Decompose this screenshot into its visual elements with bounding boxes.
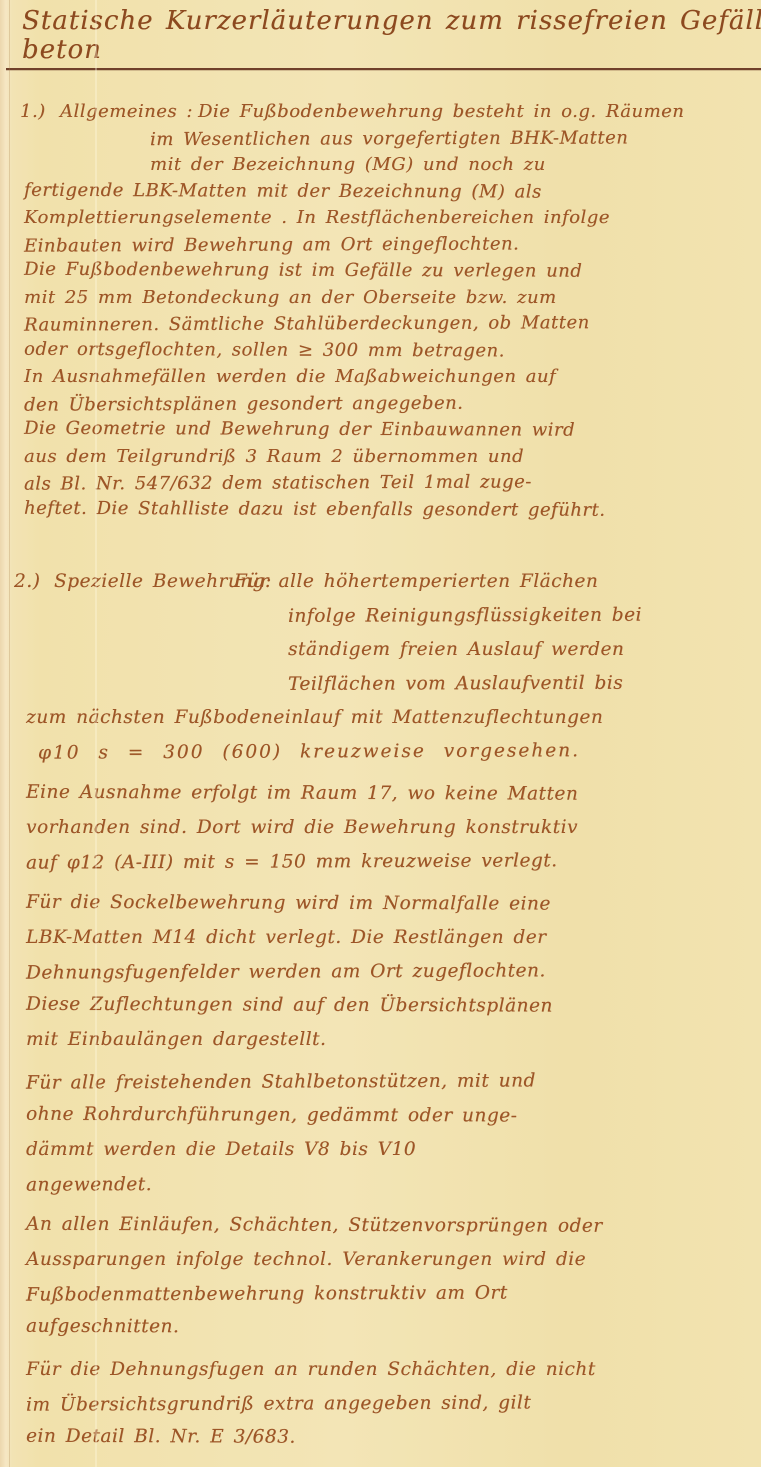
handwritten-line: im Wesentlichen aus vorgefertigten BHK-M…: [150, 124, 761, 153]
section-2-number: 2.): [14, 565, 54, 599]
handwritten-line: dämmt werden die Details V8 bis V10: [26, 1133, 761, 1167]
handwritten-line: LBK-Matten M14 dicht verlegt. Die Restlä…: [26, 921, 761, 955]
handwritten-line: Aussparungen infolge technol. Verankerun…: [26, 1243, 761, 1277]
handwritten-line: Für alle höhertemperierten Flächen: [234, 565, 761, 599]
document-title: Statische Kurzerläuterungen zum rissefre…: [0, 0, 761, 65]
handwritten-line: Die Fußbodenbewehrung ist im Gefälle zu …: [24, 257, 761, 286]
section-1-heading: Allgemeines :: [60, 99, 198, 126]
section-1-number: 1.): [20, 99, 60, 126]
handwritten-line: ständigem freien Auslauf werden: [288, 633, 761, 667]
handwritten-line: angewendet.: [26, 1165, 761, 1202]
handwritten-line: An allen Einläufen, Schächten, Stützenvo…: [26, 1208, 761, 1245]
handwritten-line: Für alle freistehenden Stahlbetonstützen…: [26, 1063, 761, 1100]
handwritten-line: Teilflächen vom Auslaufventil bis: [288, 666, 761, 702]
scanned-handwritten-page: Statische Kurzerläuterungen zum rissefre…: [0, 0, 761, 1467]
title-underline-rule: [6, 68, 761, 70]
handwritten-line: oder ortsgeflochten, sollen ≥ 300 mm bet…: [24, 336, 761, 365]
handwritten-line: Dehnungsfugenfelder werden am Ort zugefl…: [26, 953, 761, 990]
handwritten-line: Diese Zuflechtungen sind auf den Übersic…: [26, 988, 761, 1025]
handwritten-line: Fußbodenmattenbewehrung konstruktiv am O…: [26, 1275, 761, 1312]
handwritten-line: mit 25 mm Betondeckung an der Oberseite …: [24, 285, 761, 312]
handwritten-line-rebar-spec: φ10 s = 300 (600) kreuzweise vorgesehen.: [38, 733, 761, 770]
handwritten-line: Einbauten wird Bewehrung am Ort eingeflo…: [24, 230, 761, 260]
handwritten-line: den Übersichtsplänen gesondert angegeben…: [24, 389, 761, 419]
handwritten-line: Komplettierungselemente . In Restflächen…: [24, 205, 761, 232]
handwritten-line: Eine Ausnahme erfolgt im Raum 17, wo kei…: [26, 776, 761, 813]
handwritten-line: im Übersichtsgrundriß extra angegeben si…: [26, 1385, 761, 1422]
handwritten-line: infolge Reinigungsflüssigkeiten bei: [288, 598, 761, 634]
handwritten-line: fertigende LBK-Matten mit der Bezeichnun…: [24, 177, 761, 206]
handwritten-line: zum nächsten Fußbodeneinlauf mit Mattenz…: [26, 701, 761, 735]
handwritten-line-drawing-ref: ein Detail Bl. Nr. E 3/683.: [26, 1420, 761, 1457]
handwritten-line: In Ausnahmefällen werden die Maßabweichu…: [24, 364, 761, 391]
section-1-heading-row: 1.) Allgemeines : Die Fußbodenbewehrung …: [0, 99, 761, 126]
handwritten-line: aus dem Teilgrundriß 3 Raum 2 übernommen…: [24, 444, 761, 471]
title-line-2: beton: [22, 36, 761, 65]
handwritten-line: Für die Sockelbewehrung wird im Normalfa…: [26, 886, 761, 923]
handwritten-line: Die Fußbodenbewehrung besteht in o.g. Rä…: [198, 99, 761, 126]
section-2-heading: Spezielle Bewehrung:: [54, 565, 234, 599]
handwritten-line: heftet. Die Stahlliste dazu ist ebenfall…: [24, 495, 761, 524]
handwritten-line: Die Geometrie und Bewehrung der Einbauwa…: [24, 416, 761, 445]
section-2-heading-row: 2.) Spezielle Bewehrung: Für alle höhert…: [0, 565, 761, 599]
section-1-allgemeines: 1.) Allgemeines : Die Fußbodenbewehrung …: [0, 99, 761, 523]
handwritten-line: Rauminneren. Sämtliche Stahlüberdeckunge…: [24, 309, 761, 339]
section-2-spezielle-bewehrung: 2.) Spezielle Bewehrung: Für alle höhert…: [0, 565, 761, 1455]
title-line-1: Statische Kurzerläuterungen zum rissefre…: [22, 7, 761, 36]
handwritten-line: mit Einbaulängen dargestellt.: [26, 1023, 761, 1057]
handwritten-line: ohne Rohrdurchführungen, gedämmt oder un…: [26, 1098, 761, 1135]
handwritten-line: vorhanden sind. Dort wird die Bewehrung …: [26, 811, 761, 845]
handwritten-line: auf φ12 (A-III) mit s = 150 mm kreuzweis…: [26, 843, 761, 880]
handwritten-line: mit der Bezeichnung (MG) und noch zu: [150, 152, 761, 179]
handwritten-line: aufgeschnitten.: [26, 1310, 761, 1347]
handwritten-line: als Bl. Nr. 547/632 dem statischen Teil …: [24, 468, 761, 498]
handwritten-line: Für die Dehnungsfugen an runden Schächte…: [26, 1353, 761, 1387]
